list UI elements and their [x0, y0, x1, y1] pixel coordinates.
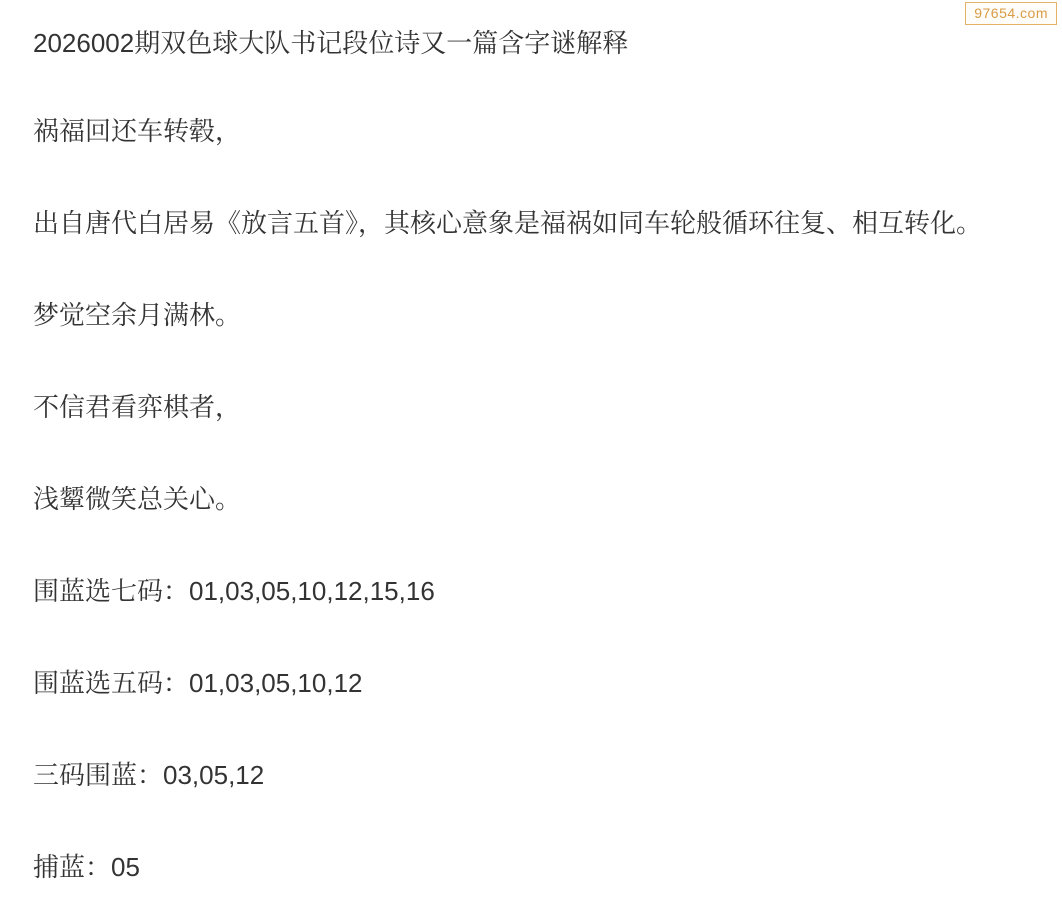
- site-watermark: 97654.com: [965, 2, 1057, 25]
- article-page: 97654.com 2026002期双色球大队书记段位诗又一篇含字谜解释 祸福回…: [0, 0, 1062, 913]
- blue-seven-picks: 围蓝选七码：01,03,05,10,12,15,16: [33, 576, 1054, 606]
- blue-final-pick: 捕蓝：05: [33, 852, 1054, 882]
- poem-line-3: 不信君看弈棋者，: [33, 392, 1054, 422]
- blue-three-picks: 三码围蓝：03,05,12: [33, 760, 1054, 790]
- article-content: 2026002期双色球大队书记段位诗又一篇含字谜解释 祸福回还车转毂， 出自唐代…: [0, 0, 1062, 882]
- poem-line-2: 梦觉空余月满林。: [33, 300, 1054, 330]
- poem-line-1: 祸福回还车转毂，: [33, 116, 1054, 146]
- poem-source-note: 出自唐代白居易《放言五首》，其核心意象是福祸如同车轮般循环往复、相互转化。: [33, 208, 1054, 238]
- blue-five-picks: 围蓝选五码：01,03,05,10,12: [33, 668, 1054, 698]
- article-title: 2026002期双色球大队书记段位诗又一篇含字谜解释: [33, 28, 1054, 58]
- poem-line-4: 浅颦微笑总关心。: [33, 484, 1054, 514]
